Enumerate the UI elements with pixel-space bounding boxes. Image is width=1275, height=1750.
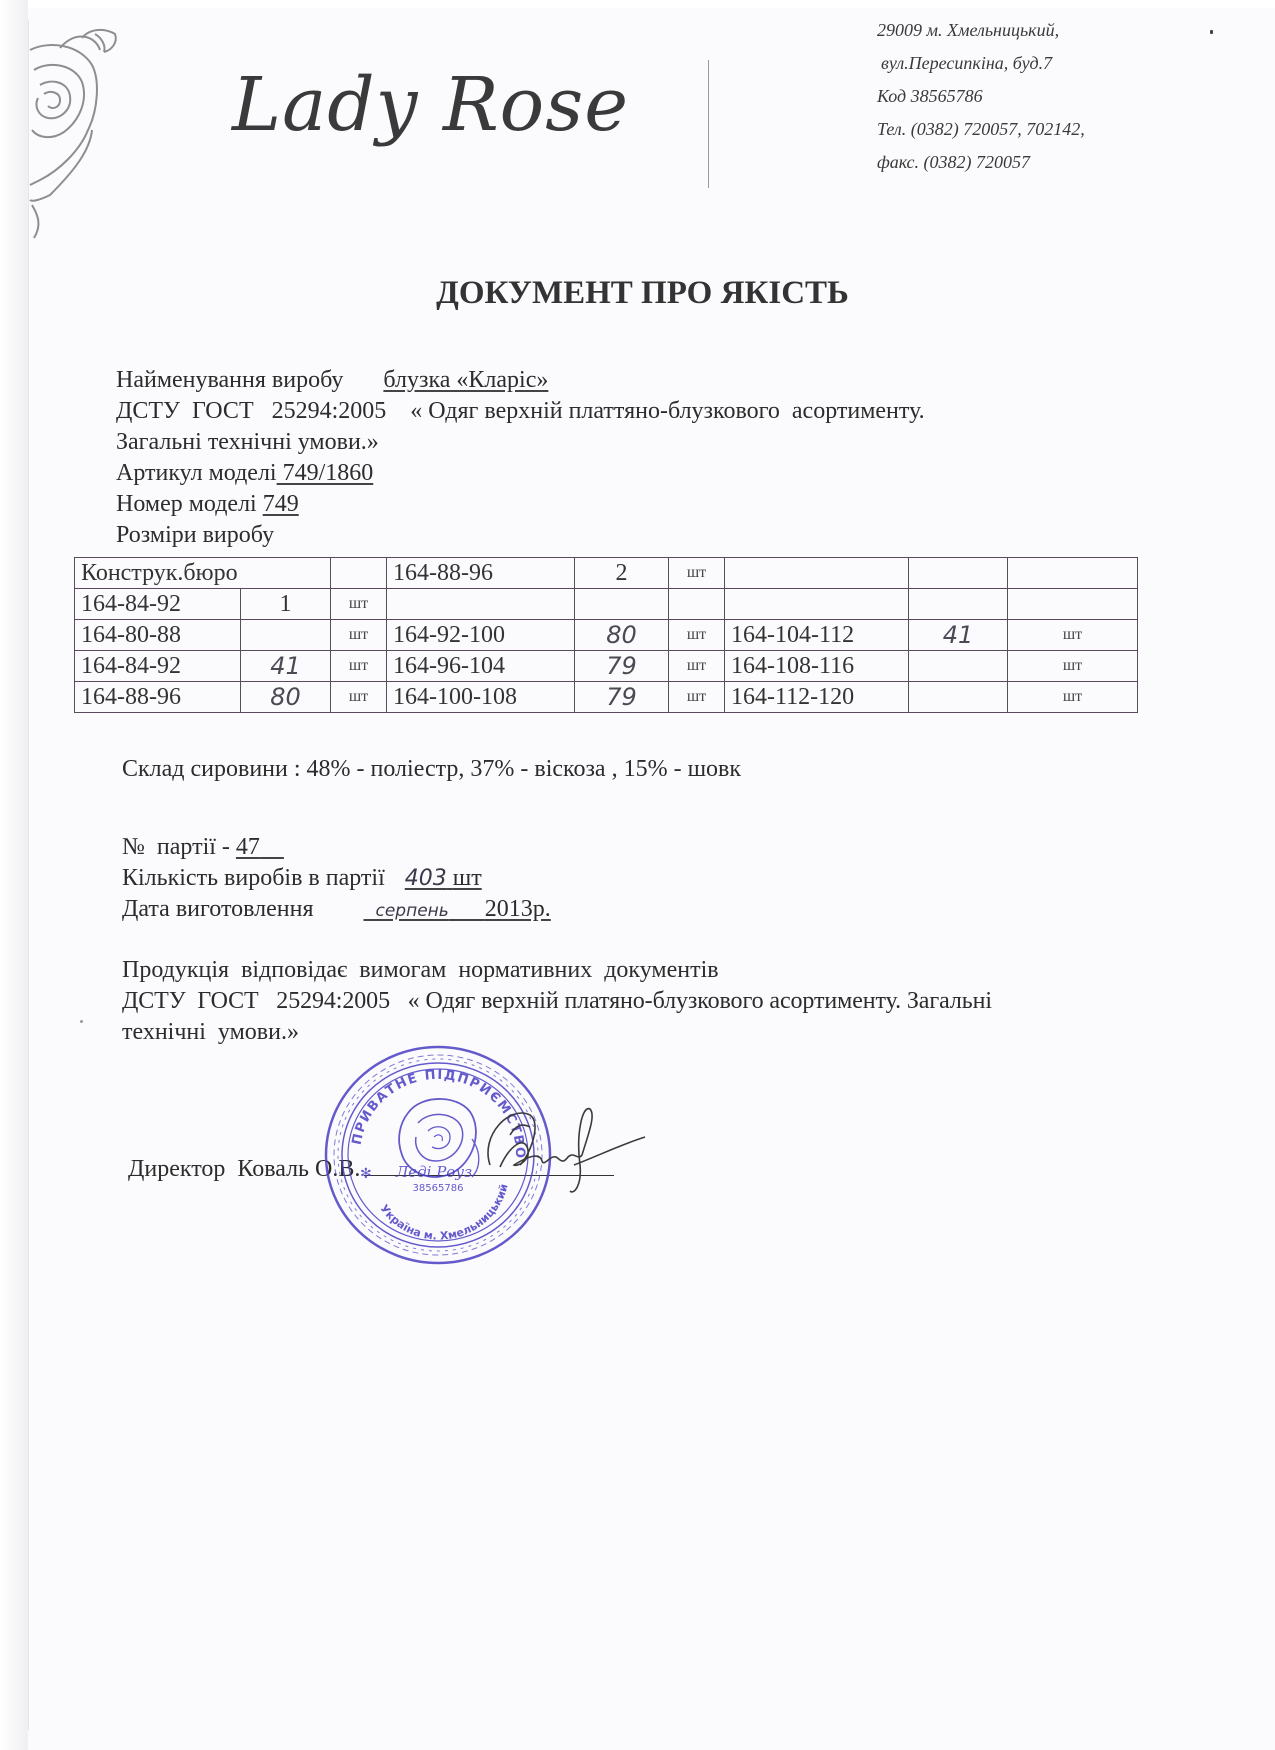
- svg-text:38565786: 38565786: [413, 1183, 464, 1194]
- conformity-line-1: Продукція відповідає вимогам нормативних…: [122, 955, 992, 986]
- manufacture-date-row: Дата виготовлення серпень 2013р.: [122, 894, 551, 925]
- quantity-cell: 80: [575, 620, 669, 651]
- table-row: 164-88-9680шт164-100-10879шт164-112-120ш…: [75, 682, 1138, 713]
- standard-line-1: ДСТУ ГОСТ 25294:2005 « Одяг верхній плат…: [116, 396, 925, 427]
- product-info: Найменування виробу блузка «Кларіс» ДСТУ…: [116, 365, 925, 551]
- manufacture-date-group: серпень 2013р.: [363, 896, 550, 922]
- quantity-cell: [575, 589, 669, 620]
- quantity-cell: 41: [241, 651, 331, 682]
- sizes-table: Конструк.бюро 164-88-96 2 шт 164-84-921ш…: [74, 557, 1138, 713]
- scan-speck: [1210, 30, 1213, 34]
- header-size: 164-88-96: [387, 558, 575, 589]
- address-line-city: 29009 м. Хмельницький,: [877, 14, 1085, 47]
- header-empty: [1008, 558, 1138, 589]
- rose-outline-icon: [20, 20, 130, 240]
- product-name-row: Найменування виробу блузка «Кларіс»: [116, 365, 925, 396]
- unit-cell: шт: [669, 620, 725, 651]
- unit-cell: шт: [1008, 651, 1138, 682]
- unit-cell: шт: [331, 589, 387, 620]
- scan-edge: [0, 0, 28, 1750]
- article-value: 749/1860: [277, 460, 374, 486]
- manufacture-date-label: Дата виготовлення: [122, 896, 313, 922]
- header-empty: [725, 558, 909, 589]
- unit-cell: шт: [331, 651, 387, 682]
- article-row: Артикул моделі 749/1860: [116, 458, 925, 489]
- quantity-cell: 79: [575, 682, 669, 713]
- company-logo: Lady Rose: [232, 62, 629, 148]
- size-cell: 164-88-96: [75, 682, 241, 713]
- unit-cell: шт: [1008, 620, 1138, 651]
- quantity-cell: 1: [241, 589, 331, 620]
- scan-dot: [80, 1020, 83, 1023]
- svg-text:✻: ✻: [360, 1166, 372, 1182]
- handwritten-signature-icon: [470, 1095, 650, 1205]
- document-title: ДОКУМЕНТ ПРО ЯКІСТЬ: [0, 275, 1275, 312]
- header-qty: 2: [575, 558, 669, 589]
- batch-count-unit: шт: [453, 865, 482, 891]
- standard-line-2: Загальні технічні умови.»: [116, 427, 925, 458]
- conformity-line-2: ДСТУ ГОСТ 25294:2005 « Одяг верхній плат…: [122, 986, 992, 1017]
- quantity-cell: 80: [241, 682, 331, 713]
- manufacture-date-month: серпень: [375, 901, 448, 921]
- unit-cell: шт: [669, 682, 725, 713]
- batch-count-label: Кількість виробів в партії: [122, 865, 385, 891]
- size-cell: 164-112-120: [725, 682, 909, 713]
- size-cell: 164-96-104: [387, 651, 575, 682]
- size-cell: 164-84-92: [75, 651, 241, 682]
- size-cell: [387, 589, 575, 620]
- size-cell: 164-104-112: [725, 620, 909, 651]
- batch-count-value: 403: [405, 866, 447, 891]
- batch-info: № партії - 47 Кількість виробів в партії…: [122, 832, 551, 925]
- composition-text: Склад сировини : 48% - поліестр, 37% - в…: [122, 754, 741, 785]
- sizes-label: Розміри виробу: [116, 520, 925, 551]
- conformity-line-3: технічні умови.»: [122, 1017, 992, 1048]
- header-label: Конструк.бюро: [75, 558, 331, 589]
- address-line-code: Код 38565786: [877, 80, 1085, 113]
- size-cell: 164-84-92: [75, 589, 241, 620]
- size-cell: 164-80-88: [75, 620, 241, 651]
- product-name-value: блузка «Кларіс»: [383, 367, 548, 393]
- table-header-row: Конструк.бюро 164-88-96 2 шт: [75, 558, 1138, 589]
- model-value: 749: [263, 491, 299, 517]
- conformity-statement: Продукція відповідає вимогам нормативних…: [122, 955, 992, 1048]
- size-cell: 164-108-116: [725, 651, 909, 682]
- product-name-label: Найменування виробу: [116, 367, 343, 393]
- model-row: Номер моделі 749: [116, 489, 925, 520]
- batch-count-row: Кількість виробів в партії 403 шт: [122, 863, 551, 894]
- unit-cell: шт: [1008, 682, 1138, 713]
- batch-number-value: 47: [236, 834, 260, 860]
- size-cell: 164-100-108: [387, 682, 575, 713]
- header-divider: [708, 60, 709, 188]
- batch-count-group: 403 шт: [405, 865, 482, 891]
- table-row: 164-84-921шт: [75, 589, 1138, 620]
- batch-number-row: № партії - 47: [122, 832, 551, 863]
- quantity-cell: [909, 589, 1008, 620]
- table-row: 164-80-88шт164-92-10080шт164-104-11241шт: [75, 620, 1138, 651]
- address-line-phone: Тел. (0382) 720057, 702142,: [877, 113, 1085, 146]
- quantity-cell: 41: [909, 620, 1008, 651]
- table-row: 164-84-9241шт164-96-10479шт164-108-116шт: [75, 651, 1138, 682]
- unit-cell: [669, 589, 725, 620]
- unit-cell: шт: [331, 620, 387, 651]
- company-address: 29009 м. Хмельницький, вул.Пересипкіна, …: [877, 14, 1085, 179]
- size-cell: 164-92-100: [387, 620, 575, 651]
- article-label: Артикул моделі: [116, 460, 277, 486]
- unit-cell: шт: [331, 682, 387, 713]
- unit-cell: шт: [669, 651, 725, 682]
- model-label: Номер моделі: [116, 491, 257, 517]
- address-line-street: вул.Пересипкіна, буд.7: [877, 47, 1085, 80]
- svg-text:Леді Роуз: Леді Роуз: [395, 1163, 472, 1181]
- page-top-margin: [0, 0, 1275, 8]
- quantity-cell: [909, 651, 1008, 682]
- header-empty: [331, 558, 387, 589]
- quantity-cell: [241, 620, 331, 651]
- unit-cell: [1008, 589, 1138, 620]
- quantity-cell: [909, 682, 1008, 713]
- address-line-fax: факс. (0382) 720057: [877, 146, 1085, 179]
- batch-number-label: № партії -: [122, 834, 236, 860]
- header-empty: [909, 558, 1008, 589]
- manufacture-date-year: 2013р.: [485, 896, 551, 922]
- quantity-cell: 79: [575, 651, 669, 682]
- header-unit: шт: [669, 558, 725, 589]
- size-cell: [725, 589, 909, 620]
